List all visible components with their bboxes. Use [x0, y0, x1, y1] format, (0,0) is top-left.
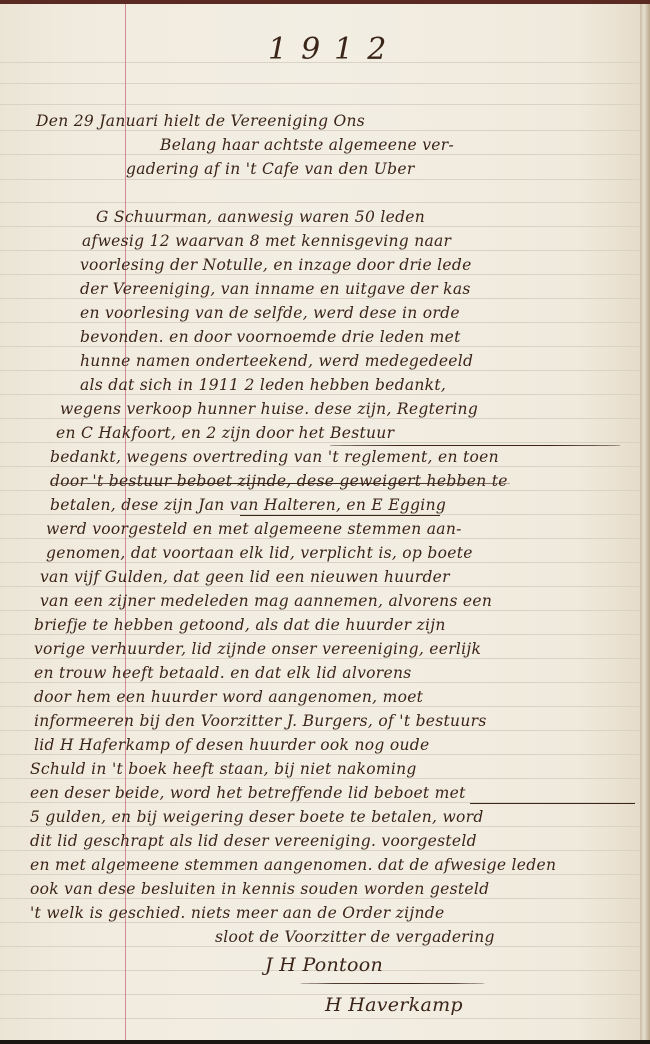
text-line: en met algemeene stemmen aangenomen. dat…	[30, 856, 556, 874]
rule-line	[0, 442, 640, 443]
rule-line	[0, 179, 640, 180]
rule-line	[0, 83, 640, 84]
text-line: van een zijner medeleden mag aannemen, a…	[40, 592, 492, 610]
rule-line	[0, 850, 640, 851]
rule-line	[0, 346, 640, 347]
rule-line	[0, 490, 640, 491]
rule-line	[0, 898, 640, 899]
strike-through-mark	[50, 482, 510, 484]
signature-flourish	[300, 982, 485, 984]
text-line: voorlesing der Notulle, en inzage door d…	[80, 256, 472, 274]
ledger-page: 1912 Den 29 Januari hielt de Vereeniging…	[0, 4, 640, 1040]
text-line: als dat sich in 1911 2 leden hebben beda…	[80, 376, 446, 394]
text-line: werd voorgesteld en met algemeene stemme…	[46, 520, 462, 538]
rule-line	[0, 658, 640, 659]
rule-line	[0, 706, 640, 707]
rule-line	[0, 466, 640, 467]
page-edge	[640, 4, 650, 1040]
text-line: betalen, dese zijn Jan van Halteren, en …	[50, 496, 446, 514]
rule-line	[0, 682, 640, 683]
rule-line	[0, 130, 640, 131]
rule-line	[0, 322, 640, 323]
rule-line	[0, 634, 640, 635]
rule-line	[0, 730, 640, 731]
binding-bottom-edge	[0, 1040, 650, 1044]
rule-line	[0, 922, 640, 923]
underline-mark	[470, 802, 635, 804]
rule-line	[0, 154, 640, 155]
text-line: G Schuurman, aanwesig waren 50 leden	[96, 208, 425, 226]
text-line: Belang haar achtste algemeene ver-	[160, 136, 454, 154]
text-line-struck: door 't bestuur beboet zijnde, dese gewe…	[50, 472, 508, 490]
rule-line	[0, 826, 640, 827]
rule-line	[0, 562, 640, 563]
rule-line	[0, 226, 640, 227]
rule-line	[0, 298, 640, 299]
rule-line	[0, 370, 640, 371]
text-line: gadering af in 't Cafe van den Uber	[126, 160, 415, 178]
text-line: wegens verkoop hunner huise. dese zijn, …	[60, 400, 478, 418]
text-line: en trouw heeft betaald. en dat elk lid a…	[34, 664, 412, 682]
text-line: bedankt, wegens overtreding van 't regle…	[50, 448, 499, 466]
text-line: vorige verhuurder, lid zijnde onser vere…	[34, 640, 481, 658]
rule-line	[0, 274, 640, 275]
text-line: en C Hakfoort, en 2 zijn door het Bestuu…	[56, 424, 394, 442]
strike-through-mark	[330, 444, 620, 446]
rule-line	[0, 250, 640, 251]
text-line: informeeren bij den Voorzitter J. Burger…	[34, 712, 487, 730]
text-line: en voorlesing van de selfde, werd dese i…	[80, 304, 460, 322]
rule-line	[0, 202, 640, 203]
rule-line	[0, 104, 640, 105]
text-line: Schuld in 't boek heeft staan, bij niet …	[30, 760, 417, 778]
rule-line	[0, 994, 640, 995]
rule-line	[0, 394, 640, 395]
rule-line	[0, 610, 640, 611]
rule-line	[0, 538, 640, 539]
closing-line: sloot de Voorzitter de vergadering	[215, 928, 495, 946]
text-line: van vijf Gulden, dat geen lid een nieuwe…	[40, 568, 450, 586]
text-line: ook van dese besluiten in kennis souden …	[30, 880, 489, 898]
text-line: dit lid geschrapt als lid deser vereenig…	[30, 832, 477, 850]
text-line: briefje te hebben getoond, als dat die h…	[34, 616, 446, 634]
text-line: Den 29 Januari hielt de Vereeniging Ons	[36, 112, 365, 130]
year-heading: 1912	[268, 32, 400, 67]
underline-mark	[240, 514, 440, 516]
text-line: een deser beide, word het betreffende li…	[30, 784, 466, 802]
text-line: bevonden. en door voornoemde drie leden …	[80, 328, 461, 346]
rule-line	[0, 1018, 640, 1019]
rule-line	[0, 874, 640, 875]
rule-line	[0, 754, 640, 755]
text-line: hunne namen onderteekend, werd medegedee…	[80, 352, 473, 370]
rule-line	[0, 418, 640, 419]
text-line: 5 gulden, en bij weigering deser boete t…	[30, 808, 484, 826]
rule-line	[0, 946, 640, 947]
signature-2: H Haverkamp	[325, 994, 463, 1016]
rule-line	[0, 778, 640, 779]
text-line: genomen, dat voortaan elk lid, verplicht…	[46, 544, 473, 562]
text-line: lid H Haferkamp of desen huurder ook nog…	[34, 736, 429, 754]
text-line: der Vereeniging, van inname en uitgave d…	[80, 280, 471, 298]
rule-line	[0, 586, 640, 587]
text-line: door hem een huurder word aangenomen, mo…	[34, 688, 423, 706]
text-line: 't welk is geschied. niets meer aan de O…	[30, 904, 444, 922]
signature-1: J H Pontoon	[265, 954, 383, 976]
text-line: afwesig 12 waarvan 8 met kennisgeving na…	[82, 232, 451, 250]
